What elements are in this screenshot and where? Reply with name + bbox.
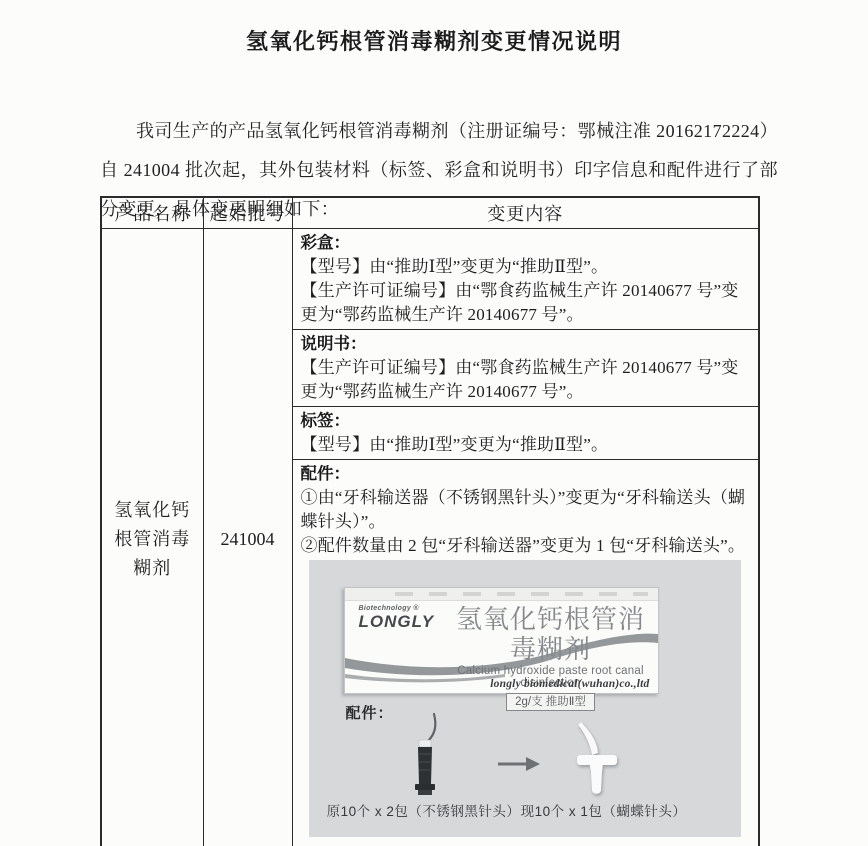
- page-title: 氢氧化钙根管消毒糊剂变更情况说明: [0, 25, 868, 56]
- change-line: ②配件数量由 2 包“牙科输送器”变更为 1 包“牙科输送头”。: [301, 534, 751, 558]
- change-line: ①由“牙科输送器（不锈钢黑针头）”变更为“牙科输送头（蝴蝶针头）”。: [301, 486, 751, 534]
- stainless-black-needle-image: [403, 712, 447, 800]
- table-row-colorbox: 氢氧化钙根管消毒糊剂 241004 彩盒： 【型号】由“推助Ⅰ型”变更为“推助Ⅱ…: [101, 229, 759, 330]
- start-batch-cell: 241004: [203, 229, 292, 846]
- change-line: 【型号】由“推助Ⅰ型”变更为“推助Ⅱ型”。: [301, 433, 751, 457]
- change-cell-manual: 说明书： 【生产许可证编号】由“鄂食药监械生产许 20140677 号”变更为“…: [292, 330, 759, 407]
- arrow-right-icon: [497, 756, 541, 772]
- section-label-colorbox: 彩盒：: [301, 231, 751, 255]
- header-product-name: 产品名称: [101, 197, 203, 229]
- section-label-accessories: 配件：: [301, 462, 751, 486]
- box-spec-chip: 2g/支 推助Ⅱ型: [506, 693, 595, 711]
- box-product-name-cn: 氢氧化钙根管消毒糊剂: [450, 604, 652, 664]
- product-photo: Biotechnology ® LONGLY 氢氧化钙根管消毒糊剂 Calciu…: [309, 560, 741, 837]
- product-box-image: Biotechnology ® LONGLY 氢氧化钙根管消毒糊剂 Calciu…: [344, 587, 659, 694]
- change-line: 【生产许可证编号】由“鄂食药监械生产许 20140677 号”变更为“鄂药监械生…: [301, 356, 751, 404]
- photo-accessories-label: 配件：: [346, 702, 394, 723]
- change-cell-colorbox: 彩盒： 【型号】由“推助Ⅰ型”变更为“推助Ⅱ型”。 【生产许可证编号】由“鄂食药…: [292, 229, 759, 330]
- change-table: 产品名称 起始批号 变更内容 氢氧化钙根管消毒糊剂 241004 彩盒： 【型号…: [100, 196, 760, 846]
- start-batch-value: 241004: [221, 529, 275, 549]
- new-accessory-caption: 现10个 x 1包（蝴蝶针头）: [521, 800, 687, 820]
- old-accessory-caption: 原10个 x 2包（不锈钢黑针头）: [327, 800, 521, 820]
- section-label-label: 标签：: [301, 409, 751, 433]
- header-start-batch: 起始批号: [203, 197, 292, 229]
- table-header-row: 产品名称 起始批号 变更内容: [101, 197, 759, 229]
- box-company-text: longly biomedical(wuhan)co.,ltd: [490, 678, 649, 690]
- product-name-text: 氢氧化钙根管消毒糊剂: [113, 496, 191, 583]
- butterfly-white-needle-image: [569, 720, 625, 800]
- product-name-cell: 氢氧化钙根管消毒糊剂: [101, 229, 203, 846]
- box-main-text: 氢氧化钙根管消毒糊剂 Calcium hydroxide paste root …: [450, 604, 652, 711]
- section-label-manual: 说明书：: [301, 332, 751, 356]
- change-cell-label: 标签： 【型号】由“推助Ⅰ型”变更为“推助Ⅱ型”。: [292, 407, 759, 460]
- change-line: 【型号】由“推助Ⅰ型”变更为“推助Ⅱ型”。: [301, 255, 751, 279]
- change-line: 【生产许可证编号】由“鄂食药监械生产许 20140677 号”变更为“鄂药监械生…: [301, 279, 751, 327]
- change-cell-accessories: 配件： ①由“牙科输送器（不锈钢黑针头）”变更为“牙科输送头（蝴蝶针头）”。 ②…: [292, 460, 759, 846]
- header-change-content: 变更内容: [292, 197, 759, 229]
